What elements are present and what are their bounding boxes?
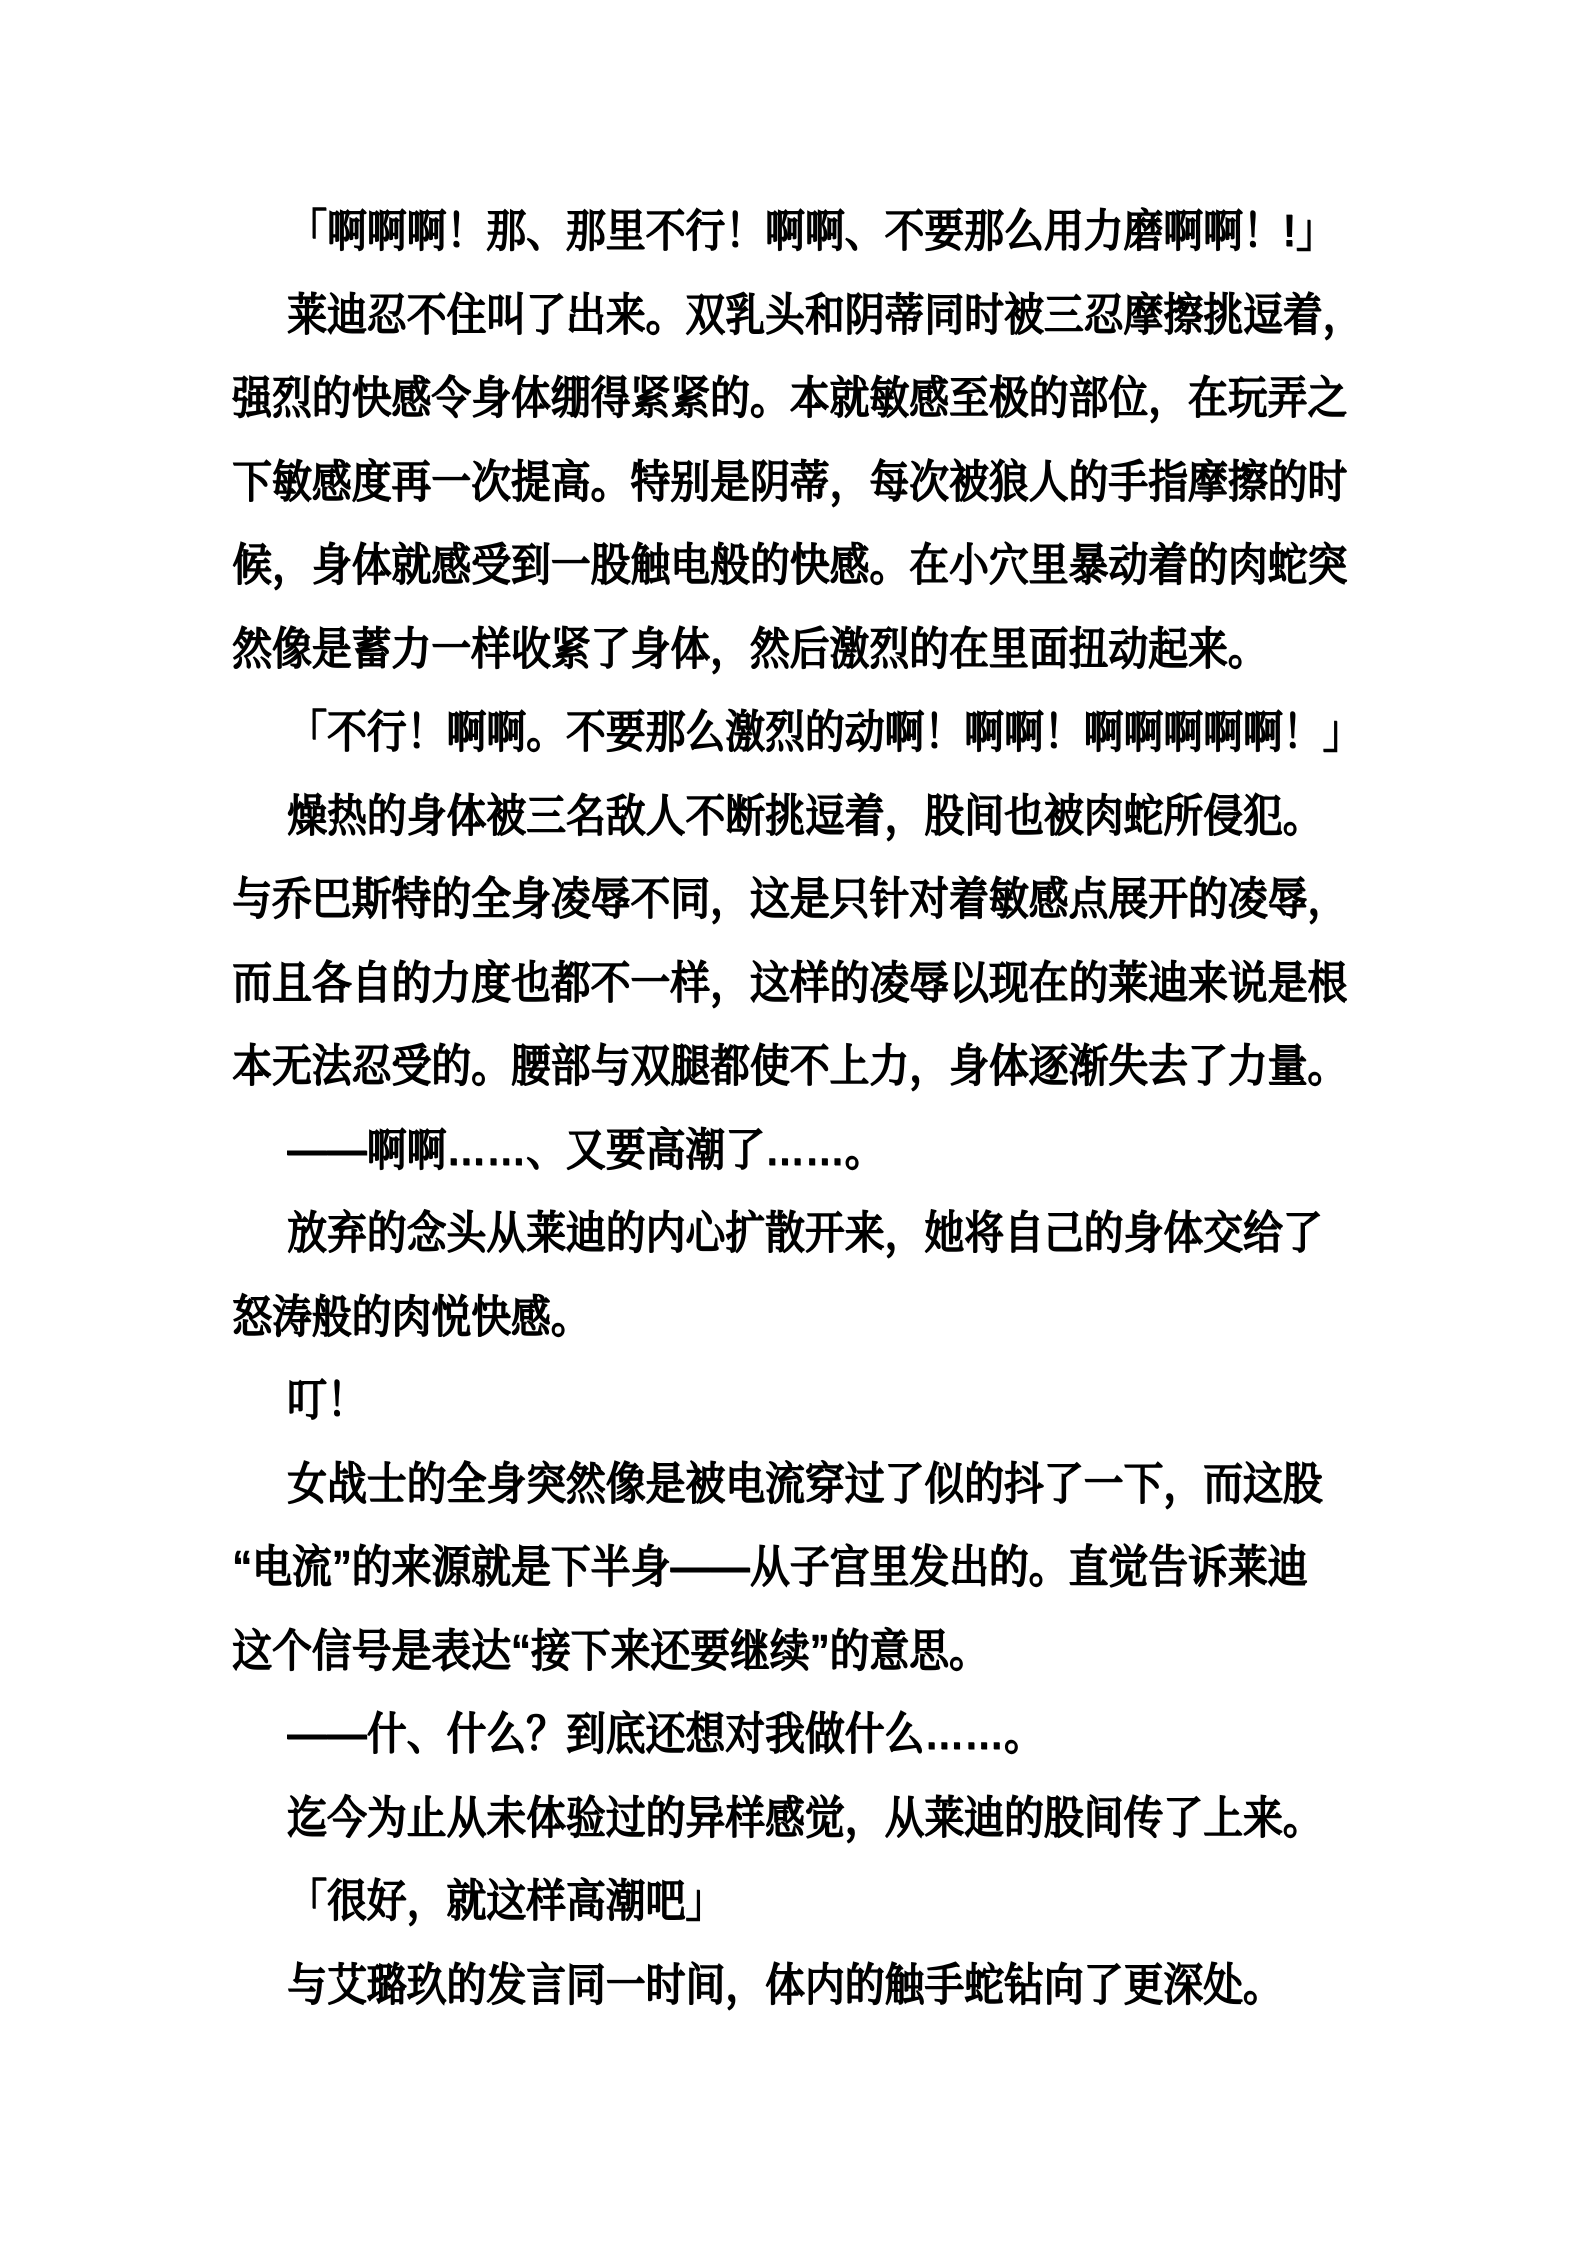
novel-page: 「啊啊啊！那、那里不行！啊啊、不要那么用力磨啊啊！!」莱迪忍不住叫了出来。双乳头…: [0, 0, 1587, 2245]
text-line: 燥热的身体被三名敌人不断挑逗着，股间也被肉蛇所侵犯。: [287, 774, 1380, 858]
text-line: 叮！: [287, 1358, 1380, 1442]
text-line: 女战士的全身突然像是被电流穿过了似的抖了一下，而这股: [287, 1442, 1380, 1526]
text-line: 莱迪忍不住叫了出来。双乳头和阴蒂同时被三忍摩擦挑逗着，: [287, 273, 1380, 357]
text-line: 下敏感度再一次提高。特别是阴蒂，每次被狼人的手指摩擦的时: [232, 440, 1374, 524]
text-line: 怒涛般的肉悦快感。: [232, 1275, 1374, 1359]
text-line: 而且各自的力度也都不一样，这样的凌辱以现在的莱迪来说是根: [232, 941, 1374, 1025]
text-line: 放弃的念头从莱迪的内心扩散开来，她将自己的身体交给了: [287, 1191, 1380, 1275]
text-line: 迄今为止从未体验过的异样感觉，从莱迪的股间传了上来。: [287, 1776, 1380, 1860]
text-line: 「不行！啊啊。不要那么激烈的动啊！啊啊！啊啊啊啊啊！」: [287, 690, 1380, 774]
text-line: “电流”的来源就是下半身——从子宫里发出的。直觉告诉莱迪: [232, 1525, 1374, 1609]
text-line: ——什、什么？到底还想对我做什么……。: [287, 1692, 1380, 1776]
text-line: 然像是蓄力一样收紧了身体，然后激烈的在里面扭动起来。: [232, 607, 1374, 691]
text-line: ——啊啊……、又要高潮了……。: [287, 1108, 1380, 1192]
text-line: 候，身体就感受到一股触电般的快感。在小穴里暴动着的肉蛇突: [232, 523, 1374, 607]
text-line: 本无法忍受的。腰部与双腿都使不上力，身体逐渐失去了力量。: [232, 1024, 1374, 1108]
text-line: 「很好，就这样高潮吧」: [287, 1859, 1380, 1943]
text-line: 「啊啊啊！那、那里不行！啊啊、不要那么用力磨啊啊！!」: [287, 189, 1380, 273]
text-line: 这个信号是表达“接下来还要继续”的意思。: [232, 1609, 1374, 1693]
text-line: 与乔巴斯特的全身凌辱不同，这是只针对着敏感点展开的凌辱，: [232, 857, 1374, 941]
text-line: 强烈的快感令身体绷得紧紧的。本就敏感至极的部位，在玩弄之: [232, 356, 1374, 440]
text-block: 「啊啊啊！那、那里不行！啊啊、不要那么用力磨啊啊！!」莱迪忍不住叫了出来。双乳头…: [232, 189, 1522, 2026]
text-line: 与艾璐玖的发言同一时间，体内的触手蛇钻向了更深处。: [287, 1943, 1380, 2027]
